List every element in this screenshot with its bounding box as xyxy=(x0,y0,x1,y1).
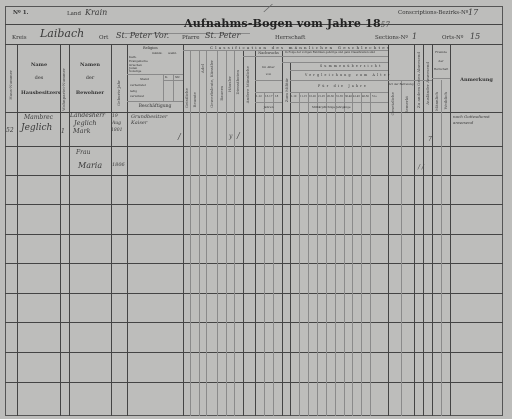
row-line xyxy=(5,204,503,205)
herrschaft-label: Herrschaft xyxy=(275,35,305,41)
col-line xyxy=(308,92,309,416)
col-line xyxy=(190,50,191,416)
sub-rule xyxy=(290,102,388,103)
religion-mark: / xyxy=(178,132,181,141)
bewohner-line: Mark xyxy=(73,127,91,135)
age-col: 46-50 xyxy=(362,95,369,98)
row-line xyxy=(5,352,503,353)
age-col: 41-45 xyxy=(353,95,360,98)
stand-row: verwitwet xyxy=(130,94,144,98)
col-line xyxy=(199,50,200,416)
row-line xyxy=(5,175,503,176)
age-col: 26-30 xyxy=(327,95,334,98)
bewohner-line: Frau xyxy=(76,149,90,156)
col-line xyxy=(282,50,283,416)
stand-col: K. xyxy=(165,75,168,79)
col-line xyxy=(432,44,433,416)
ort-label: Ort xyxy=(99,35,108,41)
fur-jahre-header: Für die Jahre xyxy=(318,84,368,88)
col-line xyxy=(299,92,300,416)
bewohner-line: Jeglich xyxy=(74,119,97,127)
row-line xyxy=(5,234,503,235)
col-line xyxy=(401,80,402,416)
haus-nummer-value: 52 xyxy=(6,127,14,134)
age-col: 11-15 xyxy=(300,95,307,98)
class-mark: / xyxy=(237,131,240,140)
side-col-header: Gesetzliche xyxy=(390,92,395,115)
kreis-label: Kreis xyxy=(12,35,27,41)
hausbesitzer-line: Mambrec xyxy=(24,114,53,121)
bewohner-header: Bewohner xyxy=(74,90,106,96)
befreiung-header: Art der Befreiung xyxy=(388,82,414,86)
col-line xyxy=(226,50,227,416)
religion-col-a: männl. xyxy=(152,51,162,55)
col-line xyxy=(206,50,207,416)
sub-rule xyxy=(255,102,282,103)
col-line xyxy=(388,44,389,416)
geburts-day: 19 xyxy=(112,114,118,119)
form-number: Nº 1. xyxy=(13,10,28,16)
col-line xyxy=(344,92,345,416)
side-col-header: Bemerkt xyxy=(404,96,409,113)
religion-row: Sonstige xyxy=(129,69,141,73)
land-value: Krain xyxy=(85,8,107,17)
nachwuchs-sub: von xyxy=(255,72,282,76)
nachwuchs-age: 13-17 xyxy=(265,95,272,98)
age-col: 36-40 xyxy=(345,95,352,98)
col-line xyxy=(273,92,274,416)
sub-rule xyxy=(243,56,388,57)
sub-rule xyxy=(282,62,388,63)
col-line xyxy=(352,92,353,416)
col-line xyxy=(370,92,371,416)
bewohner-line: Landesherr xyxy=(70,112,105,119)
col-line xyxy=(111,44,112,416)
geburts-month: Aug xyxy=(112,121,121,126)
orts-label: Orts-Nº xyxy=(442,35,463,41)
col-line xyxy=(423,44,424,416)
sub-rule xyxy=(255,80,282,81)
classification-title: Classification des männlichen Geschlecht… xyxy=(210,45,391,50)
land-label: Land xyxy=(67,11,81,17)
stand-title: Stand xyxy=(140,77,149,81)
stand-row: verheiratet xyxy=(130,83,146,87)
hausbesitzer-header: Hausbesitzers xyxy=(21,90,57,96)
col-line xyxy=(243,50,244,416)
fremde-header: Fremde xyxy=(432,50,450,54)
stand-col-line xyxy=(163,74,164,101)
col-line xyxy=(234,50,235,416)
class-col-header: Andere Männliche xyxy=(245,66,250,103)
pfarre-value: St. Peter xyxy=(205,31,240,40)
class-col-header: Adel xyxy=(200,64,205,73)
name-header: Name xyxy=(24,62,54,68)
numerus-header: Summenübersicht xyxy=(320,64,383,68)
stand-col: Str. xyxy=(175,75,180,79)
age-col: 51+ xyxy=(372,95,377,98)
vergleich-header: Vergleichung zum Alter xyxy=(305,73,392,77)
age-col: 21-25 xyxy=(318,95,325,98)
nachwuchs-age: 1-12 xyxy=(256,95,262,98)
col-line xyxy=(217,50,218,416)
side-mark: / / xyxy=(418,164,424,171)
anmerkung-header: Anmerkung xyxy=(450,77,503,83)
religion-col-b: weibl. xyxy=(168,51,177,55)
class-col-header: Beamte xyxy=(192,92,197,107)
class-col-header: Gewerbsleute, Künstler xyxy=(209,60,214,108)
occupation-line: Kaiser xyxy=(131,120,147,126)
class-col-header: Geistliche xyxy=(184,88,189,108)
orts-value: 15 xyxy=(470,32,480,41)
bewohner-name: Maria xyxy=(78,161,102,170)
nachwuchs-bottom: Jahren xyxy=(255,105,282,109)
militar-header: Zum Militär xyxy=(284,78,289,102)
age-col: 16-20 xyxy=(309,95,316,98)
abwesend-header: Zu andern Orten Abwesend xyxy=(416,52,421,108)
col-line xyxy=(441,80,442,416)
fremde-header-der: der xyxy=(432,59,450,63)
nachwuchs-age: 18 xyxy=(275,95,278,98)
stand-box-rule xyxy=(127,101,183,102)
fremde-col: Männlich xyxy=(434,92,439,111)
row-line xyxy=(5,293,503,294)
row-line xyxy=(5,263,503,264)
col-line xyxy=(326,92,327,416)
col-line xyxy=(264,92,265,416)
anwesend-header: Ausländer Anwesend xyxy=(425,62,430,105)
form-title: Aufnahms-Bogen vom Jahre 1857 xyxy=(184,17,390,30)
age-col: 1-10 xyxy=(291,95,296,98)
geburts-year: 1801 xyxy=(111,128,122,133)
occupation-header: Beschäftigung xyxy=(127,104,183,109)
sub-rule xyxy=(290,80,432,81)
namen-header-der: der xyxy=(75,75,105,81)
nachwuchs-header: Nachwuchs xyxy=(255,51,282,55)
stand-sub-rule xyxy=(163,80,183,81)
sub-rule xyxy=(290,70,388,71)
nachwuchs-sub: Im Alter xyxy=(255,65,282,69)
class-col-header: Häusler xyxy=(227,76,232,92)
conscription-value: 17 xyxy=(468,8,478,17)
row-line xyxy=(5,382,503,383)
age-mark: y xyxy=(229,133,232,140)
right-note: In Folge der vorigen Rubriken gehörige u… xyxy=(285,51,375,54)
col-line xyxy=(69,44,70,416)
col-line xyxy=(450,44,451,416)
stand-col-line xyxy=(173,74,174,101)
religion-title: Religion xyxy=(143,46,158,50)
class-col-header: Bauern xyxy=(219,86,224,101)
fremde-col: Weiblich xyxy=(443,92,448,109)
wohnpartei-value: 1 xyxy=(61,128,65,135)
col-line xyxy=(317,92,318,416)
namen-header: Namen xyxy=(75,62,105,68)
geburts-jahr-header: Geburts-Jahr xyxy=(116,80,121,106)
hausbesitzer-name: Jeglich xyxy=(21,123,52,133)
sub-rule xyxy=(255,92,282,93)
haus-nummer-header: Haus-Nummer xyxy=(8,70,13,100)
sections-label: Sections-Nº xyxy=(375,35,408,41)
age-col: 31-35 xyxy=(336,95,343,98)
col-line xyxy=(335,92,336,416)
stand-row: ledig xyxy=(130,89,137,93)
row-line xyxy=(5,322,503,323)
class-col-header: Dienstboten xyxy=(235,70,240,95)
geburts-year: 1806 xyxy=(112,162,125,168)
militar-bottom-note: Militärpflichtige Jahrgänge xyxy=(312,105,351,109)
col-line xyxy=(290,62,291,416)
conscription-label: Conscriptions-Bezirks-Nº xyxy=(398,10,468,16)
wohnpartei-header: Wohnpartei-Nummer xyxy=(61,68,66,111)
col-line xyxy=(361,92,362,416)
census-form-sheet: Nº 1. Land Krain Aufnahms-Bogen vom Jahr… xyxy=(0,0,512,419)
sub-rule xyxy=(432,78,450,79)
sub-rule xyxy=(290,92,388,93)
side-mark: 7 xyxy=(428,136,432,143)
col-line xyxy=(17,44,18,416)
row-line xyxy=(5,146,503,147)
fremde-header-herrschaft: Herrschaft xyxy=(432,68,450,71)
col-line xyxy=(414,44,415,416)
kreis-value: Laibach xyxy=(40,27,84,40)
anmerkung-line: nach Gottesdienst xyxy=(453,114,490,119)
name-header-des: des xyxy=(24,75,54,81)
ort-value: St. Peter Vor. xyxy=(116,31,169,40)
anmerkung-line: anwesend xyxy=(453,120,473,125)
pfarre-label: Pfarre xyxy=(182,35,200,41)
col-line xyxy=(127,44,128,416)
sections-value: 1 xyxy=(412,32,417,41)
